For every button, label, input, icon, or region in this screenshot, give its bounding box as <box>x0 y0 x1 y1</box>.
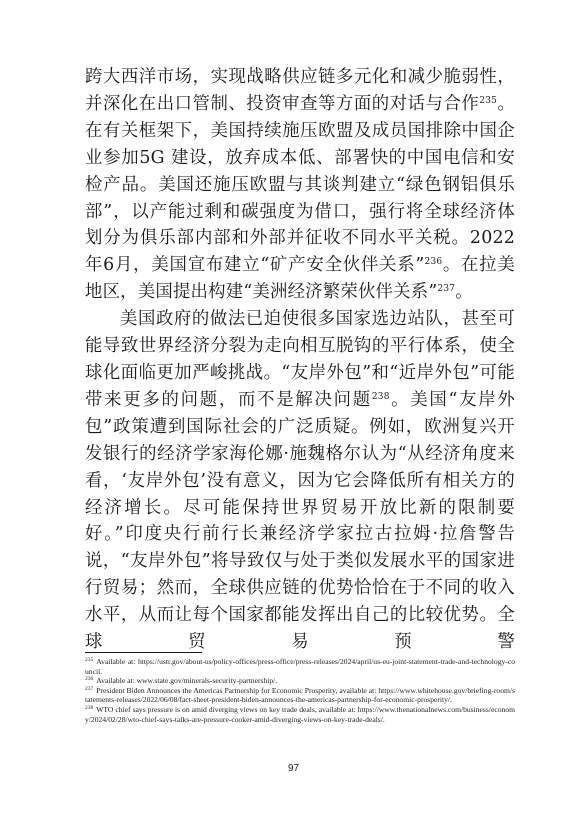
footnote-text[interactable]: WTO chief says pressure is on amid diver… <box>85 705 515 724</box>
paragraph-text: 。在有关框架下，美国持续施压欧盟及成员国排除中国企业参加5G 建设，放弃成本低、… <box>85 94 515 275</box>
paragraph-1: 跨大西洋市场，实现战略供应链多元化和减少脆弱性，并深化在出口管制、投资审查等方面… <box>85 64 515 306</box>
footnote-number: 238 <box>85 705 93 711</box>
footnote-236: 236Available at: www.state.gov/minerals-… <box>85 676 515 686</box>
paragraph-2: 美国政府的做法已迫使很多国家选边站队，甚至可能导致世界经济分裂为走向相互脱钩的平… <box>85 306 515 656</box>
footnote-235: 235Available at: https://ustr.gov/about-… <box>85 657 515 676</box>
footnote-text[interactable]: Available at: www.state.gov/minerals-sec… <box>96 676 277 685</box>
footnote-ref-236[interactable]: 236 <box>425 257 443 267</box>
footnote-ref-237[interactable]: 237 <box>437 284 455 294</box>
footnote-number: 237 <box>85 686 93 692</box>
footnote-text[interactable]: President Biden Announces the Americas P… <box>85 686 515 705</box>
footnotes: 235Available at: https://ustr.gov/about-… <box>85 657 515 724</box>
paragraph-text: 。美国“友岸外包”政策遭到国际社会的广泛质疑。例如，欧洲复兴开发银行的经济学家海… <box>85 390 515 652</box>
page-number: 97 <box>0 763 587 774</box>
body-text: 跨大西洋市场，实现战略供应链多元化和减少脆弱性，并深化在出口管制、投资审查等方面… <box>85 64 515 656</box>
document-page: 跨大西洋市场，实现战略供应链多元化和减少脆弱性，并深化在出口管制、投资审查等方面… <box>0 0 587 832</box>
footnote-ref-235[interactable]: 235 <box>479 96 497 106</box>
footnote-238: 238WTO chief says pressure is on amid di… <box>85 705 515 724</box>
footnote-text[interactable]: Available at: https://ustr.gov/about-us/… <box>85 657 515 676</box>
footnote-237: 237President Biden Announces the America… <box>85 686 515 705</box>
footnote-number: 236 <box>85 676 93 682</box>
footnote-divider <box>85 652 202 653</box>
footnote-ref-238[interactable]: 238 <box>372 392 390 402</box>
paragraph-text: 跨大西洋市场，实现战略供应链多元化和减少脆弱性，并深化在出口管制、投资审查等方面… <box>85 67 515 114</box>
footnote-number: 235 <box>85 657 93 663</box>
paragraph-text: 。 <box>455 282 473 302</box>
